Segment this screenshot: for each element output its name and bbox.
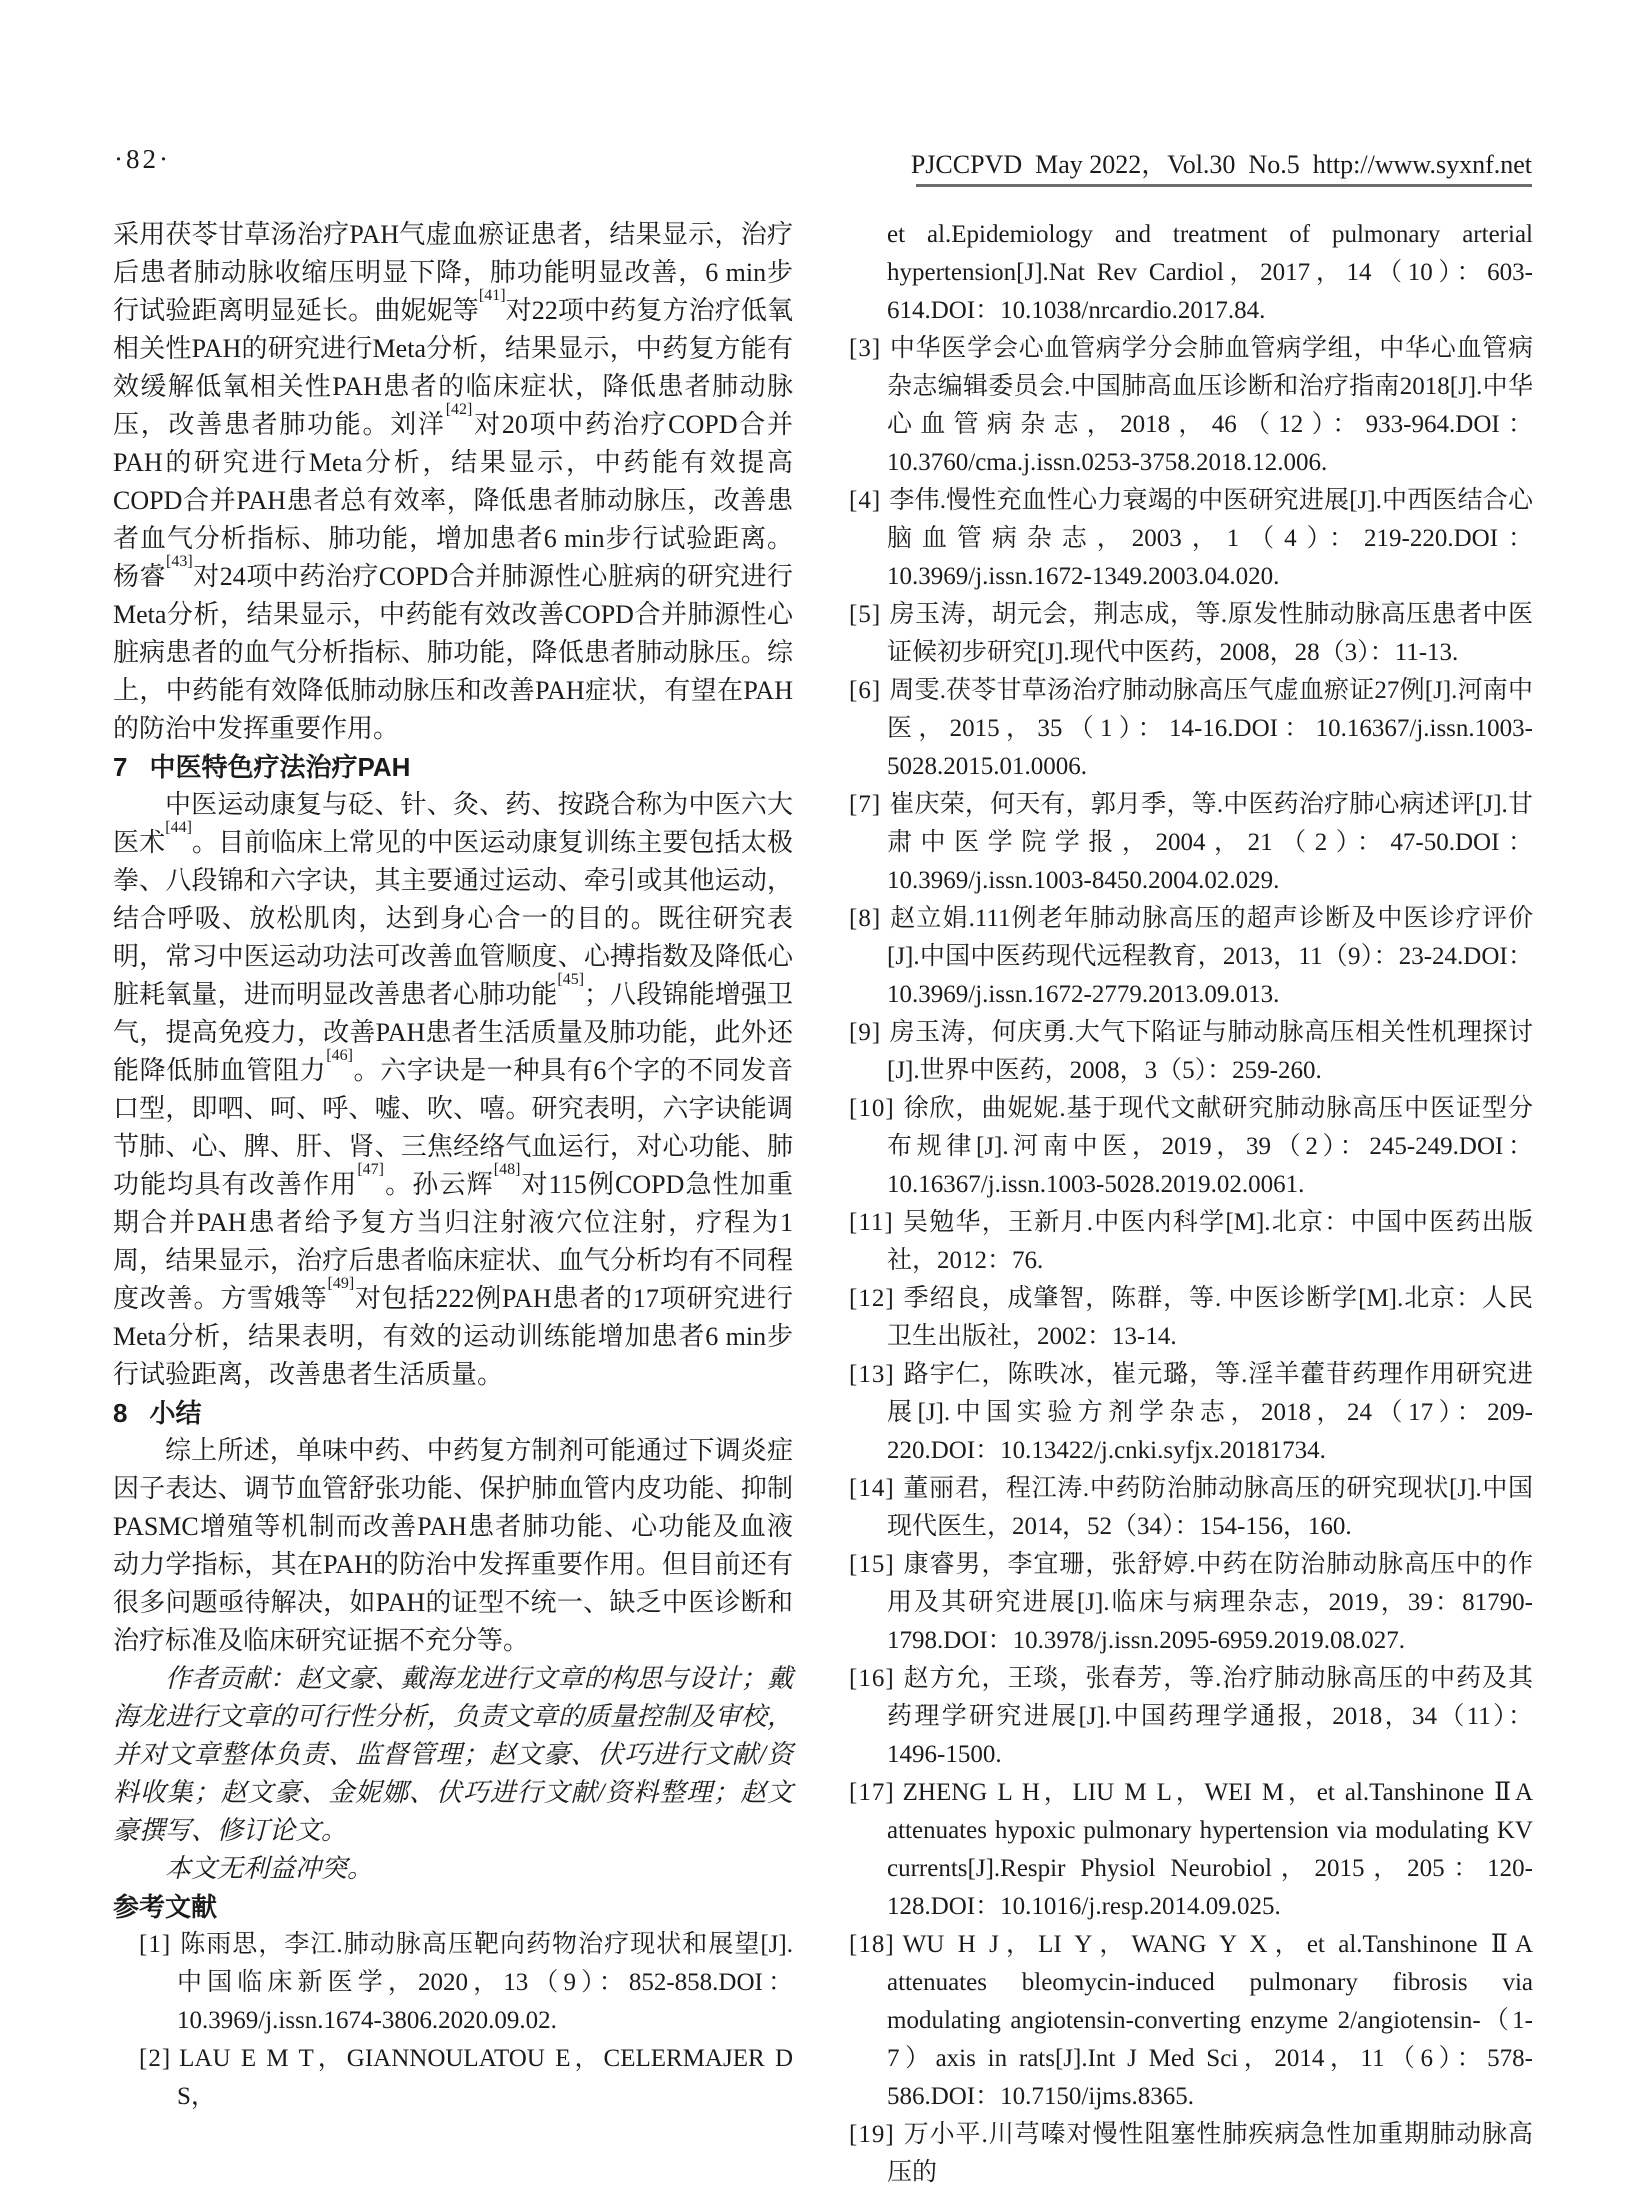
citation-superscript: [43] [166, 553, 193, 570]
citation-superscript: [45] [557, 971, 584, 988]
reference-item: [5]房玉涛，胡元会，荆志成，等.原发性肺动脉高压患者中医证候初步研究[J].现… [849, 596, 1533, 672]
reference-text: 季绍良，成肇智，陈群，等. 中医诊断学[M].北京：人民卫生出版社，2002：1… [887, 1285, 1533, 1350]
section-7-title: 中医特色疗法治疗PAH [149, 752, 410, 782]
reference-item: [4]李伟.慢性充血性心力衰竭的中医研究进展[J].中西医结合心脑血管病杂志，2… [849, 482, 1533, 596]
section-7-paragraph: 中医运动康复与砭、针、灸、药、按跷合称为中医六大医术[44]。目前临床上常见的中… [113, 786, 793, 1394]
reference-text: 中华医学会心血管病学分会肺血管病学组，中华心血管病杂志编辑委员会.中国肺高血压诊… [887, 335, 1533, 476]
reference-item: [15]康睿男，李宜珊，张舒婷.中药在防治肺动脉高压中的作用及其研究进展[J].… [849, 1546, 1533, 1660]
reference-item: [8]赵立娟.111例老年肺动脉高压的超声诊断及中医诊疗评价[J].中国中医药现… [849, 900, 1533, 1014]
references-list-right: [3]中华医学会心血管病学分会肺血管病学组，中华心血管病杂志编辑委员会.中国肺高… [849, 330, 1533, 2192]
left-column: 采用茯苓甘草汤治疗PAH气虚血瘀证患者，结果显示，治疗后患者肺动脉收缩压明显下降… [113, 216, 793, 2116]
section-7-heading: 7中医特色疗法治疗PAH [113, 748, 793, 786]
reference-text: WU H J，LI Y，WANG Y X，et al.Tanshinone ⅡA… [887, 1931, 1533, 2110]
reference-number: [12] [849, 1285, 895, 1312]
reference-item: [12]季绍良，成肇智，陈群，等. 中医诊断学[M].北京：人民卫生出版社，20… [849, 1280, 1533, 1356]
reference-text: 周雯.茯苓甘草汤治疗肺动脉高压气虚血瘀证27例[J].河南中医，2015，35（… [887, 677, 1533, 780]
reference-text: 董丽君，程江涛.中药防治肺动脉高压的研究现状[J].中国现代医生，2014，52… [887, 1475, 1533, 1540]
reference-number: [7] [849, 791, 881, 818]
reference-text: 吴勉华，王新月.中医内科学[M].北京：中国中医药出版社，2012：76. [887, 1209, 1533, 1274]
reference-text: 徐欣，曲妮妮.基于现代文献研究肺动脉高压中医证型分布规律[J].河南中医，201… [887, 1095, 1533, 1198]
reference-number: [6] [849, 677, 881, 704]
reference-text: 房玉涛，何庆勇.大气下陷证与肺动脉高压相关性机理探讨[J].世界中医药，2008… [887, 1019, 1533, 1084]
reference-item: [10]徐欣，曲妮妮.基于现代文献研究肺动脉高压中医证型分布规律[J].河南中医… [849, 1090, 1533, 1204]
reference-text: 陈雨思，李江.肺动脉高压靶向药物治疗现状和展望[J].中国临床新医学，2020，… [177, 1931, 793, 2034]
citation-superscript: [48] [494, 1161, 521, 1178]
citation-superscript: [44] [165, 819, 192, 836]
reference-text: 赵立娟.111例老年肺动脉高压的超声诊断及中医诊疗评价[J].中国中医药现代远程… [887, 905, 1533, 1008]
reference-item: [17]ZHENG L H，LIU M L，WEI M，et al.Tanshi… [849, 1774, 1533, 1926]
page-number: ·82· [114, 144, 171, 175]
right-column: et al.Epidemiology and treatment of pulm… [849, 216, 1533, 2192]
reference-number: [14] [849, 1475, 895, 1502]
references-list-left: [1]陈雨思，李江.肺动脉高压靶向药物治疗现状和展望[J].中国临床新医学，20… [113, 1926, 793, 2116]
reference-number: [4] [849, 487, 881, 514]
reference-number: [9] [849, 1019, 881, 1046]
section-8-number: 8 [113, 1398, 127, 1428]
citation-superscript: [49] [328, 1275, 355, 1292]
reference-text: 房玉涛，胡元会，荆志成，等.原发性肺动脉高压患者中医证候初步研究[J].现代中医… [887, 601, 1533, 666]
reference-number: [2] [139, 2045, 171, 2072]
reference-text: 李伟.慢性充血性心力衰竭的中医研究进展[J].中西医结合心脑血管病杂志，2003… [887, 487, 1533, 590]
references-heading: 参考文献 [113, 1888, 793, 1926]
reference-number: [1] [139, 1931, 171, 1958]
citation-superscript: [41] [479, 287, 506, 304]
reference-number: [15] [849, 1551, 895, 1578]
reference-number: [13] [849, 1361, 895, 1388]
reference-item: [2]LAU E M T，GIANNOULATOU E，CELERMAJER D… [139, 2040, 793, 2116]
reference-number: [18] [849, 1931, 895, 1958]
reference-item: [13]路宇仁，陈昳冰，崔元璐，等.淫羊藿苷药理作用研究进展[J].中国实验方剂… [849, 1356, 1533, 1470]
reference-item: [1]陈雨思，李江.肺动脉高压靶向药物治疗现状和展望[J].中国临床新医学，20… [139, 1926, 793, 2040]
reference-item: [16]赵方允，王琰，张春芳，等.治疗肺动脉高压的中药及其药理学研究进展[J].… [849, 1660, 1533, 1774]
reference-item: [14]董丽君，程江涛.中药防治肺动脉高压的研究现状[J].中国现代医生，201… [849, 1470, 1533, 1546]
reference-item: [6]周雯.茯苓甘草汤治疗肺动脉高压气虚血瘀证27例[J].河南中医，2015，… [849, 672, 1533, 786]
intro-paragraph: 采用茯苓甘草汤治疗PAH气虚血瘀证患者，结果显示，治疗后患者肺动脉收缩压明显下降… [113, 216, 793, 748]
reference-text: 崔庆荣，何天有，郭月季，等.中医药治疗肺心病述评[J].甘肃中医学院学报，200… [887, 791, 1533, 894]
section-8-heading: 8小结 [113, 1394, 793, 1432]
journal-header-info: PJCCPVD May 2022，Vol.30 No.5 http://www.… [911, 144, 1532, 181]
citation-superscript: [42] [446, 401, 473, 418]
reference-2-continuation: et al.Epidemiology and treatment of pulm… [849, 216, 1533, 330]
section-8-title: 小结 [149, 1398, 201, 1428]
author-contribution: 作者贡献：赵文豪、戴海龙进行文章的构思与设计；戴海龙进行文章的可行性分析，负责文… [113, 1660, 793, 1850]
reference-text: 赵方允，王琰，张春芳，等.治疗肺动脉高压的中药及其药理学研究进展[J].中国药理… [887, 1665, 1533, 1768]
section-8-paragraph: 综上所述，单味中药、中药复方制剂可能通过下调炎症因子表达、调节血管舒张功能、保护… [113, 1432, 793, 1660]
reference-item: [18]WU H J，LI Y，WANG Y X，et al.Tanshinon… [849, 1926, 1533, 2116]
section-7-number: 7 [113, 752, 127, 782]
reference-number: [16] [849, 1665, 895, 1692]
reference-item: [7]崔庆荣，何天有，郭月季，等.中医药治疗肺心病述评[J].甘肃中医学院学报，… [849, 786, 1533, 900]
reference-text: ZHENG L H，LIU M L，WEI M，et al.Tanshinone… [887, 1779, 1533, 1920]
citation-superscript: [47] [357, 1161, 384, 1178]
reference-number: [11] [849, 1209, 894, 1236]
reference-number: [17] [849, 1779, 895, 1806]
reference-text: 康睿男，李宜珊，张舒婷.中药在防治肺动脉高压中的作用及其研究进展[J].临床与病… [887, 1551, 1533, 1654]
conflict-statement: 本文无利益冲突。 [113, 1850, 793, 1888]
journal-page: ·82· PJCCPVD May 2022，Vol.30 No.5 http:/… [0, 0, 1642, 2201]
reference-number: [19] [849, 2121, 895, 2148]
reference-text: 路宇仁，陈昳冰，崔元璐，等.淫羊藿苷药理作用研究进展[J].中国实验方剂学杂志，… [887, 1361, 1533, 1464]
reference-number: [8] [849, 905, 881, 932]
reference-number: [10] [849, 1095, 895, 1122]
citation-superscript: [46] [326, 1047, 353, 1064]
header-rule [916, 184, 1532, 187]
reference-number: [3] [849, 335, 881, 362]
reference-item: [19]万小平.川芎嗪对慢性阻塞性肺疾病急性加重期肺动脉高压的 [849, 2116, 1533, 2192]
reference-item: [11]吴勉华，王新月.中医内科学[M].北京：中国中医药出版社，2012：76… [849, 1204, 1533, 1280]
reference-number: [5] [849, 601, 881, 628]
reference-item: [9]房玉涛，何庆勇.大气下陷证与肺动脉高压相关性机理探讨[J].世界中医药，2… [849, 1014, 1533, 1090]
reference-text: 万小平.川芎嗪对慢性阻塞性肺疾病急性加重期肺动脉高压的 [887, 2121, 1533, 2186]
reference-item: [3]中华医学会心血管病学分会肺血管病学组，中华心血管病杂志编辑委员会.中国肺高… [849, 330, 1533, 482]
reference-text: LAU E M T，GIANNOULATOU E，CELERMAJER D S， [177, 2045, 793, 2110]
